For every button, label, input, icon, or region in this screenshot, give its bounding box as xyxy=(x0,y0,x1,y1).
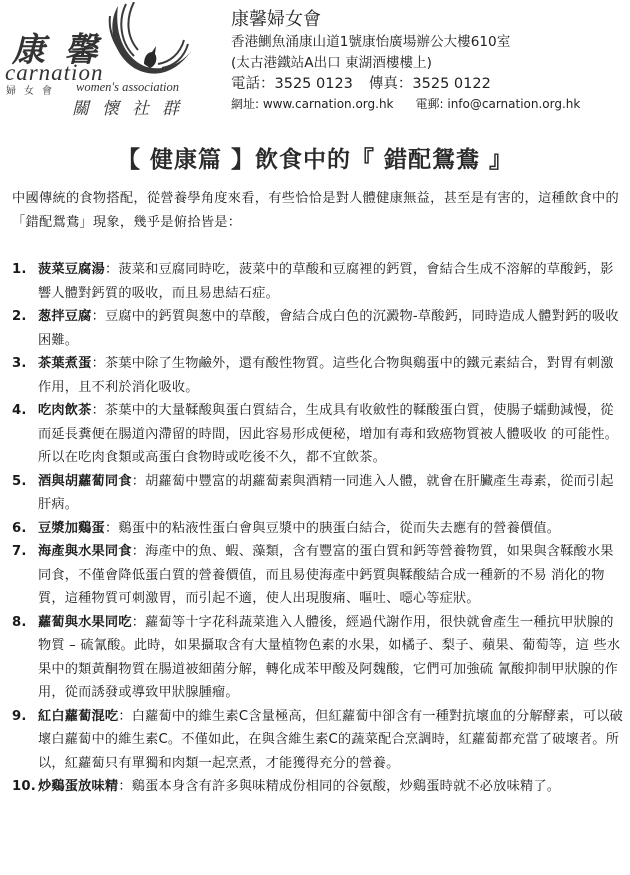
web-email-row: 網址: www.carnation.org.hk電郵: info@carnati… xyxy=(231,95,580,113)
item-heading: 茶葉煮蛋 xyxy=(38,356,92,371)
email-link[interactable]: info@carnation.org.hk xyxy=(447,97,580,111)
item-heading: 炒鷄蛋放味精 xyxy=(38,779,118,794)
item-heading: 蘿蔔與水果同吃 xyxy=(38,615,132,630)
item-heading: 海產與水果同食 xyxy=(38,544,132,559)
list-item: 10. 炒鷄蛋放味精：鷄蛋本身含有許多與味精成份相同的谷氨酸，炒鷄蛋時就不必放味… xyxy=(12,775,624,799)
logo-slogan: 關懷社群 xyxy=(72,94,192,119)
document-title: 【 健康篇 】飲食中的『 錯配鴛鴦 』 xyxy=(0,141,630,174)
list-item: 3. 茶葉煮蛋：茶葉中除了生物鹼外，還有酸性物質。這些化合物與鷄蛋中的鐵元素結合… xyxy=(12,352,624,399)
logo-sub-cn: 婦女會 xyxy=(6,82,60,97)
phone-label: 電話： xyxy=(231,76,275,92)
email-label: 電郵: xyxy=(416,97,448,111)
tips-list: 1. 菠菜豆腐湯：菠菜和豆腐同時吃，菠菜中的草酸和豆腐裡的鈣質，會結合生成不溶解… xyxy=(12,258,624,799)
item-number: 10. xyxy=(12,775,36,799)
item-heading: 酒與胡蘿蔔同食 xyxy=(38,474,132,489)
item-sep: ： xyxy=(132,544,145,559)
item-number: 1. xyxy=(12,258,27,282)
list-item: 4. 吃肉飲茶：茶葉中的大量鞣酸與蛋白質結合，生成具有收斂性的鞣酸蛋白質，使腸子… xyxy=(12,399,624,470)
bird-logo-icon xyxy=(104,2,194,84)
web-label: 網址: xyxy=(231,97,263,111)
item-number: 6. xyxy=(12,517,27,541)
fax-number: 3525 0122 xyxy=(412,76,490,92)
item-sep: ： xyxy=(92,403,105,418)
item-text: 鷄蛋中的粘液性蛋白會與豆漿中的胰蛋白結合，從而失去應有的營養價值。 xyxy=(118,521,560,536)
list-item: 1. 菠菜豆腐湯：菠菜和豆腐同時吃，菠菜中的草酸和豆腐裡的鈣質，會結合生成不溶解… xyxy=(12,258,624,305)
list-item: 9. 紅白蘿蔔混吃：白蘿蔔中的維生素C含量極高，但紅蘿蔔中卻含有一種對抗壞血的分… xyxy=(12,705,624,776)
item-heading: 紅白蘿蔔混吃 xyxy=(38,709,118,724)
item-sep: ： xyxy=(118,779,131,794)
list-item: 2. 葱拌豆腐：豆腐中的鈣質與葱中的草酸，會結合成白色的沉澱物-草酸鈣，同時造成… xyxy=(12,305,624,352)
address-line-2: (太古港鐵站A出口 東湖酒樓樓上) xyxy=(231,53,580,74)
list-item: 8. 蘿蔔與水果同吃：蘿蔔等十字花科蔬菜進入人體後，經過代謝作用，很快就會產生一… xyxy=(12,611,624,705)
item-heading: 豆漿加鷄蛋 xyxy=(38,521,105,536)
item-sep: ： xyxy=(132,474,145,489)
item-text: 茶葉中的大量鞣酸與蛋白質結合，生成具有收斂性的鞣酸蛋白質，使腸子蠕動減慢，從而延… xyxy=(38,403,618,465)
list-item: 7. 海產與水果同食：海產中的魚、蝦、藻類，含有豐富的蛋白質和鈣等營養物質，如果… xyxy=(12,540,624,611)
item-sep: ： xyxy=(132,615,145,630)
item-number: 9. xyxy=(12,705,27,729)
logo-sub-en: women's association xyxy=(76,80,179,95)
item-text: 菠菜和豆腐同時吃，菠菜中的草酸和豆腐裡的鈣質，會結合生成不溶解的草酸鈣，影響人體… xyxy=(38,262,614,301)
item-number: 2. xyxy=(12,305,27,329)
carnation-logo: 康 馨 carnation 婦女會 women's association 關懷… xyxy=(0,0,225,118)
item-text: 鷄蛋本身含有許多與味精成份相同的谷氨酸，炒鷄蛋時就不必放味精了。 xyxy=(132,779,560,794)
item-text: 茶葉中除了生物鹼外，還有酸性物質。這些化合物與鷄蛋中的鐵元素結合，對胃有刺激作用… xyxy=(38,356,614,395)
item-number: 4. xyxy=(12,399,27,423)
org-name: 康馨婦女會 xyxy=(231,8,580,32)
item-number: 3. xyxy=(12,352,27,376)
item-sep: ： xyxy=(105,262,118,277)
letterhead: 康 馨 carnation 婦女會 women's association 關懷… xyxy=(0,0,630,120)
item-heading: 菠菜豆腐湯 xyxy=(38,262,105,277)
item-heading: 吃肉飲茶 xyxy=(38,403,92,418)
website-link[interactable]: www.carnation.org.hk xyxy=(263,97,394,111)
item-sep: ： xyxy=(118,709,131,724)
contact-block: 康馨婦女會 香港鰂魚涌康山道1號康怡廣場辦公大樓610室 (太古港鐵站A出口 東… xyxy=(231,8,580,113)
item-text: 豆腐中的鈣質與葱中的草酸，會結合成白色的沉澱物-草酸鈣，同時造成人體對鈣的吸收困… xyxy=(38,309,619,348)
phone-number: 3525 0123 xyxy=(275,76,353,92)
list-item: 5. 酒與胡蘿蔔同食：胡蘿蔔中豐富的胡蘿蔔素與酒精一同進入人體，就會在肝臟產生毒… xyxy=(12,470,624,517)
address-line-1: 香港鰂魚涌康山道1號康怡廣場辦公大樓610室 xyxy=(231,32,580,53)
item-heading: 葱拌豆腐 xyxy=(38,309,92,324)
item-sep: ： xyxy=(92,356,105,371)
fax-label: 傳真： xyxy=(369,76,413,92)
item-number: 5. xyxy=(12,470,27,494)
item-number: 8. xyxy=(12,611,27,635)
list-item: 6. 豆漿加鷄蛋：鷄蛋中的粘液性蛋白會與豆漿中的胰蛋白結合，從而失去應有的營養價… xyxy=(12,517,624,541)
item-sep: ： xyxy=(105,521,118,536)
item-sep: ： xyxy=(92,309,105,324)
item-number: 7. xyxy=(12,540,27,564)
phone-fax-row: 電話：3525 0123傳真：3525 0122 xyxy=(231,74,580,95)
intro-paragraph: 中國傳統的食物搭配，從營養學角度來看，有些恰恰是對人體健康無益，甚至是有害的，這… xyxy=(12,187,624,235)
